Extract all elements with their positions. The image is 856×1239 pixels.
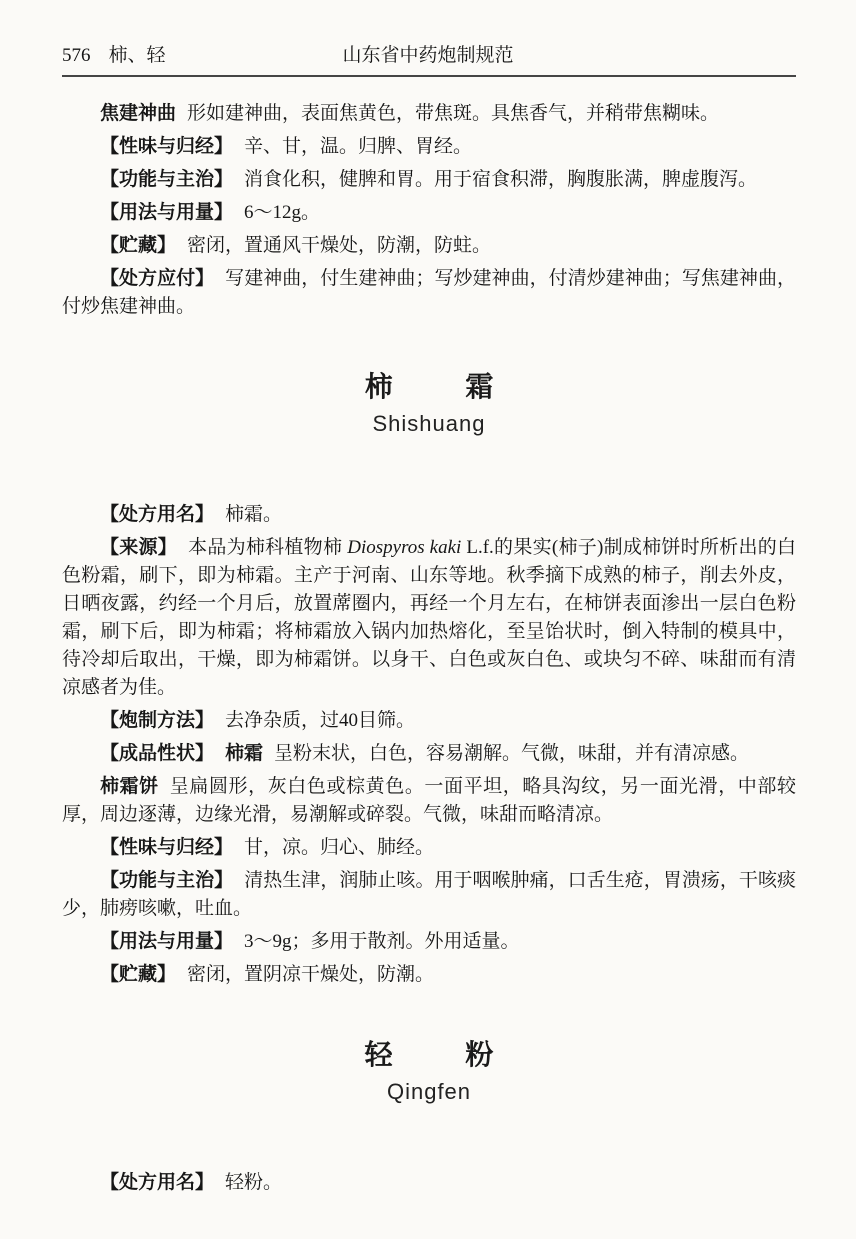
field-label: 【用法与用量】 bbox=[100, 931, 233, 952]
field-label: 【处方用名】 bbox=[100, 1172, 214, 1193]
para-yongfa-yongliang-2: 【用法与用量】3～9g；多用于散剂。外用适量。 bbox=[62, 928, 796, 956]
section-heading-shishuang: 柿霜 Shishuang bbox=[62, 369, 796, 437]
para-text: 形如建神曲，表面焦黄色，带焦斑。具焦香气，并稍带焦糊味。 bbox=[187, 103, 719, 124]
page-header: 山东省中药炮制规范 576 柿、轻 bbox=[0, 0, 856, 68]
field-label: 【功能与主治】 bbox=[100, 169, 233, 190]
para-text: 密闭，置通风干燥处，防潮，防蛀。 bbox=[187, 235, 491, 256]
para-text: 3～9g；多用于散剂。外用适量。 bbox=[244, 931, 520, 952]
page-number: 576 bbox=[62, 44, 91, 68]
field-label: 【性味与归经】 bbox=[100, 837, 233, 858]
field-label: 【性味与归经】 bbox=[100, 136, 233, 157]
monograph-qingfen: 轻粉 Qingfen 【处方用名】轻粉。 bbox=[62, 1037, 796, 1197]
para-text: 6～12g。 bbox=[244, 202, 320, 223]
para-xingwei-guijing-1: 【性味与归经】辛、甘，温。归脾、胃经。 bbox=[62, 133, 796, 161]
para-text: 密闭，置阴凉干燥处，防潮。 bbox=[187, 964, 434, 985]
term-jiao-jian-shen-qu: 焦建神曲 bbox=[100, 103, 176, 124]
para-paozhi-fangfa: 【炮制方法】去净杂质，过40目筛。 bbox=[62, 707, 796, 735]
para-text: 呈扁圆形，灰白色或棕黄色。一面平坦，略具沟纹，另一面光滑，中部较厚，周边逐薄，边… bbox=[62, 776, 796, 825]
para-text: 柿霜。 bbox=[225, 504, 282, 525]
field-label: 【成品性状】 bbox=[100, 743, 214, 764]
latin-binomial: Diospyros kaki bbox=[347, 537, 461, 558]
para-text: 消食化积，健脾和胃。用于宿食积滞，胸腹胀满，脾虚腹泻。 bbox=[244, 169, 757, 190]
page-content: 焦建神曲形如建神曲，表面焦黄色，带焦斑。具焦香气，并稍带焦糊味。 【性味与归经】… bbox=[0, 77, 856, 1197]
para-chufang-yongming-shishuang: 【处方用名】柿霜。 bbox=[62, 501, 796, 529]
para-zhucang-2: 【贮藏】密闭，置阴凉干燥处，防潮。 bbox=[62, 961, 796, 989]
para-gongneng-zhuzhi-2: 【功能与主治】清热生津，润肺止咳。用于咽喉肿痛，口舌生疮，胃溃疡，干咳痰少，肺痨… bbox=[62, 867, 796, 923]
monograph-jian-shen-qu-tail: 焦建神曲形如建神曲，表面焦黄色，带焦斑。具焦香气，并稍带焦糊味。 【性味与归经】… bbox=[62, 100, 796, 321]
field-label: 【处方用名】 bbox=[100, 504, 214, 525]
field-label: 【功能与主治】 bbox=[100, 870, 233, 891]
running-header-left: 576 柿、轻 bbox=[62, 44, 794, 68]
para-text: 呈粉末状，白色，容易潮解。气微，味甜，并有清凉感。 bbox=[274, 743, 749, 764]
running-title-left: 柿、轻 bbox=[109, 44, 166, 68]
monograph-title-pinyin: Shishuang bbox=[62, 411, 796, 437]
monograph-title-pinyin: Qingfen bbox=[62, 1079, 796, 1105]
field-label: 【来源】 bbox=[100, 537, 177, 558]
para-yongfa-yongliang-1: 【用法与用量】6～12g。 bbox=[62, 199, 796, 227]
para-chufang-yingfu: 【处方应付】写建神曲，付生建神曲；写炒建神曲，付清炒建神曲；写焦建神曲，付炒焦建… bbox=[62, 265, 796, 321]
para-text: 本品为柿科植物柿 bbox=[188, 537, 347, 558]
para-text: 去净杂质，过40目筛。 bbox=[225, 710, 415, 731]
field-label: 【用法与用量】 bbox=[100, 202, 233, 223]
para-text: 辛、甘，温。归脾、胃经。 bbox=[244, 136, 472, 157]
para-zhucang-1: 【贮藏】密闭，置通风干燥处，防潮，防蛀。 bbox=[62, 232, 796, 260]
para-shishuangbing: 柿霜饼呈扁圆形，灰白色或棕黄色。一面平坦，略具沟纹，另一面光滑，中部较厚，周边逐… bbox=[62, 773, 796, 829]
field-label: 【贮藏】 bbox=[100, 235, 176, 256]
field-label: 【处方应付】 bbox=[100, 268, 214, 289]
term-shishuang: 柿霜 bbox=[225, 743, 263, 764]
para-text: L.f.的果实(柿子)制成柿饼时所析出的白色粉霜，刷下，即为柿霜。主产于河南、山… bbox=[62, 537, 796, 698]
para-gongneng-zhuzhi-1: 【功能与主治】消食化积，健脾和胃。用于宿食积滞，胸腹胀满，脾虚腹泻。 bbox=[62, 166, 796, 194]
para-jiao-jian-shen-qu: 焦建神曲形如建神曲，表面焦黄色，带焦斑。具焦香气，并稍带焦糊味。 bbox=[62, 100, 796, 128]
para-text: 甘，凉。归心、肺经。 bbox=[244, 837, 434, 858]
monograph-title-cn: 轻粉 bbox=[62, 1037, 796, 1073]
term-shishuangbing: 柿霜饼 bbox=[100, 776, 159, 797]
field-label: 【炮制方法】 bbox=[100, 710, 214, 731]
para-laiyuan: 【来源】本品为柿科植物柿 Diospyros kaki L.f.的果实(柿子)制… bbox=[62, 534, 796, 702]
field-label: 【贮藏】 bbox=[100, 964, 176, 985]
monograph-shishuang: 柿霜 Shishuang 【处方用名】柿霜。 【来源】本品为柿科植物柿 Dios… bbox=[62, 369, 796, 989]
para-chufang-yongming-qingfen: 【处方用名】轻粉。 bbox=[62, 1169, 796, 1197]
book-page: 山东省中药炮制规范 576 柿、轻 焦建神曲形如建神曲，表面焦黄色，带焦斑。具焦… bbox=[0, 0, 856, 1239]
para-chengpin-xingzhuang: 【成品性状】柿霜呈粉末状，白色，容易潮解。气微，味甜，并有清凉感。 bbox=[62, 740, 796, 768]
section-heading-qingfen: 轻粉 Qingfen bbox=[62, 1037, 796, 1105]
para-xingwei-guijing-2: 【性味与归经】甘，凉。归心、肺经。 bbox=[62, 834, 796, 862]
monograph-title-cn: 柿霜 bbox=[62, 369, 796, 405]
para-text: 轻粉。 bbox=[225, 1172, 282, 1193]
